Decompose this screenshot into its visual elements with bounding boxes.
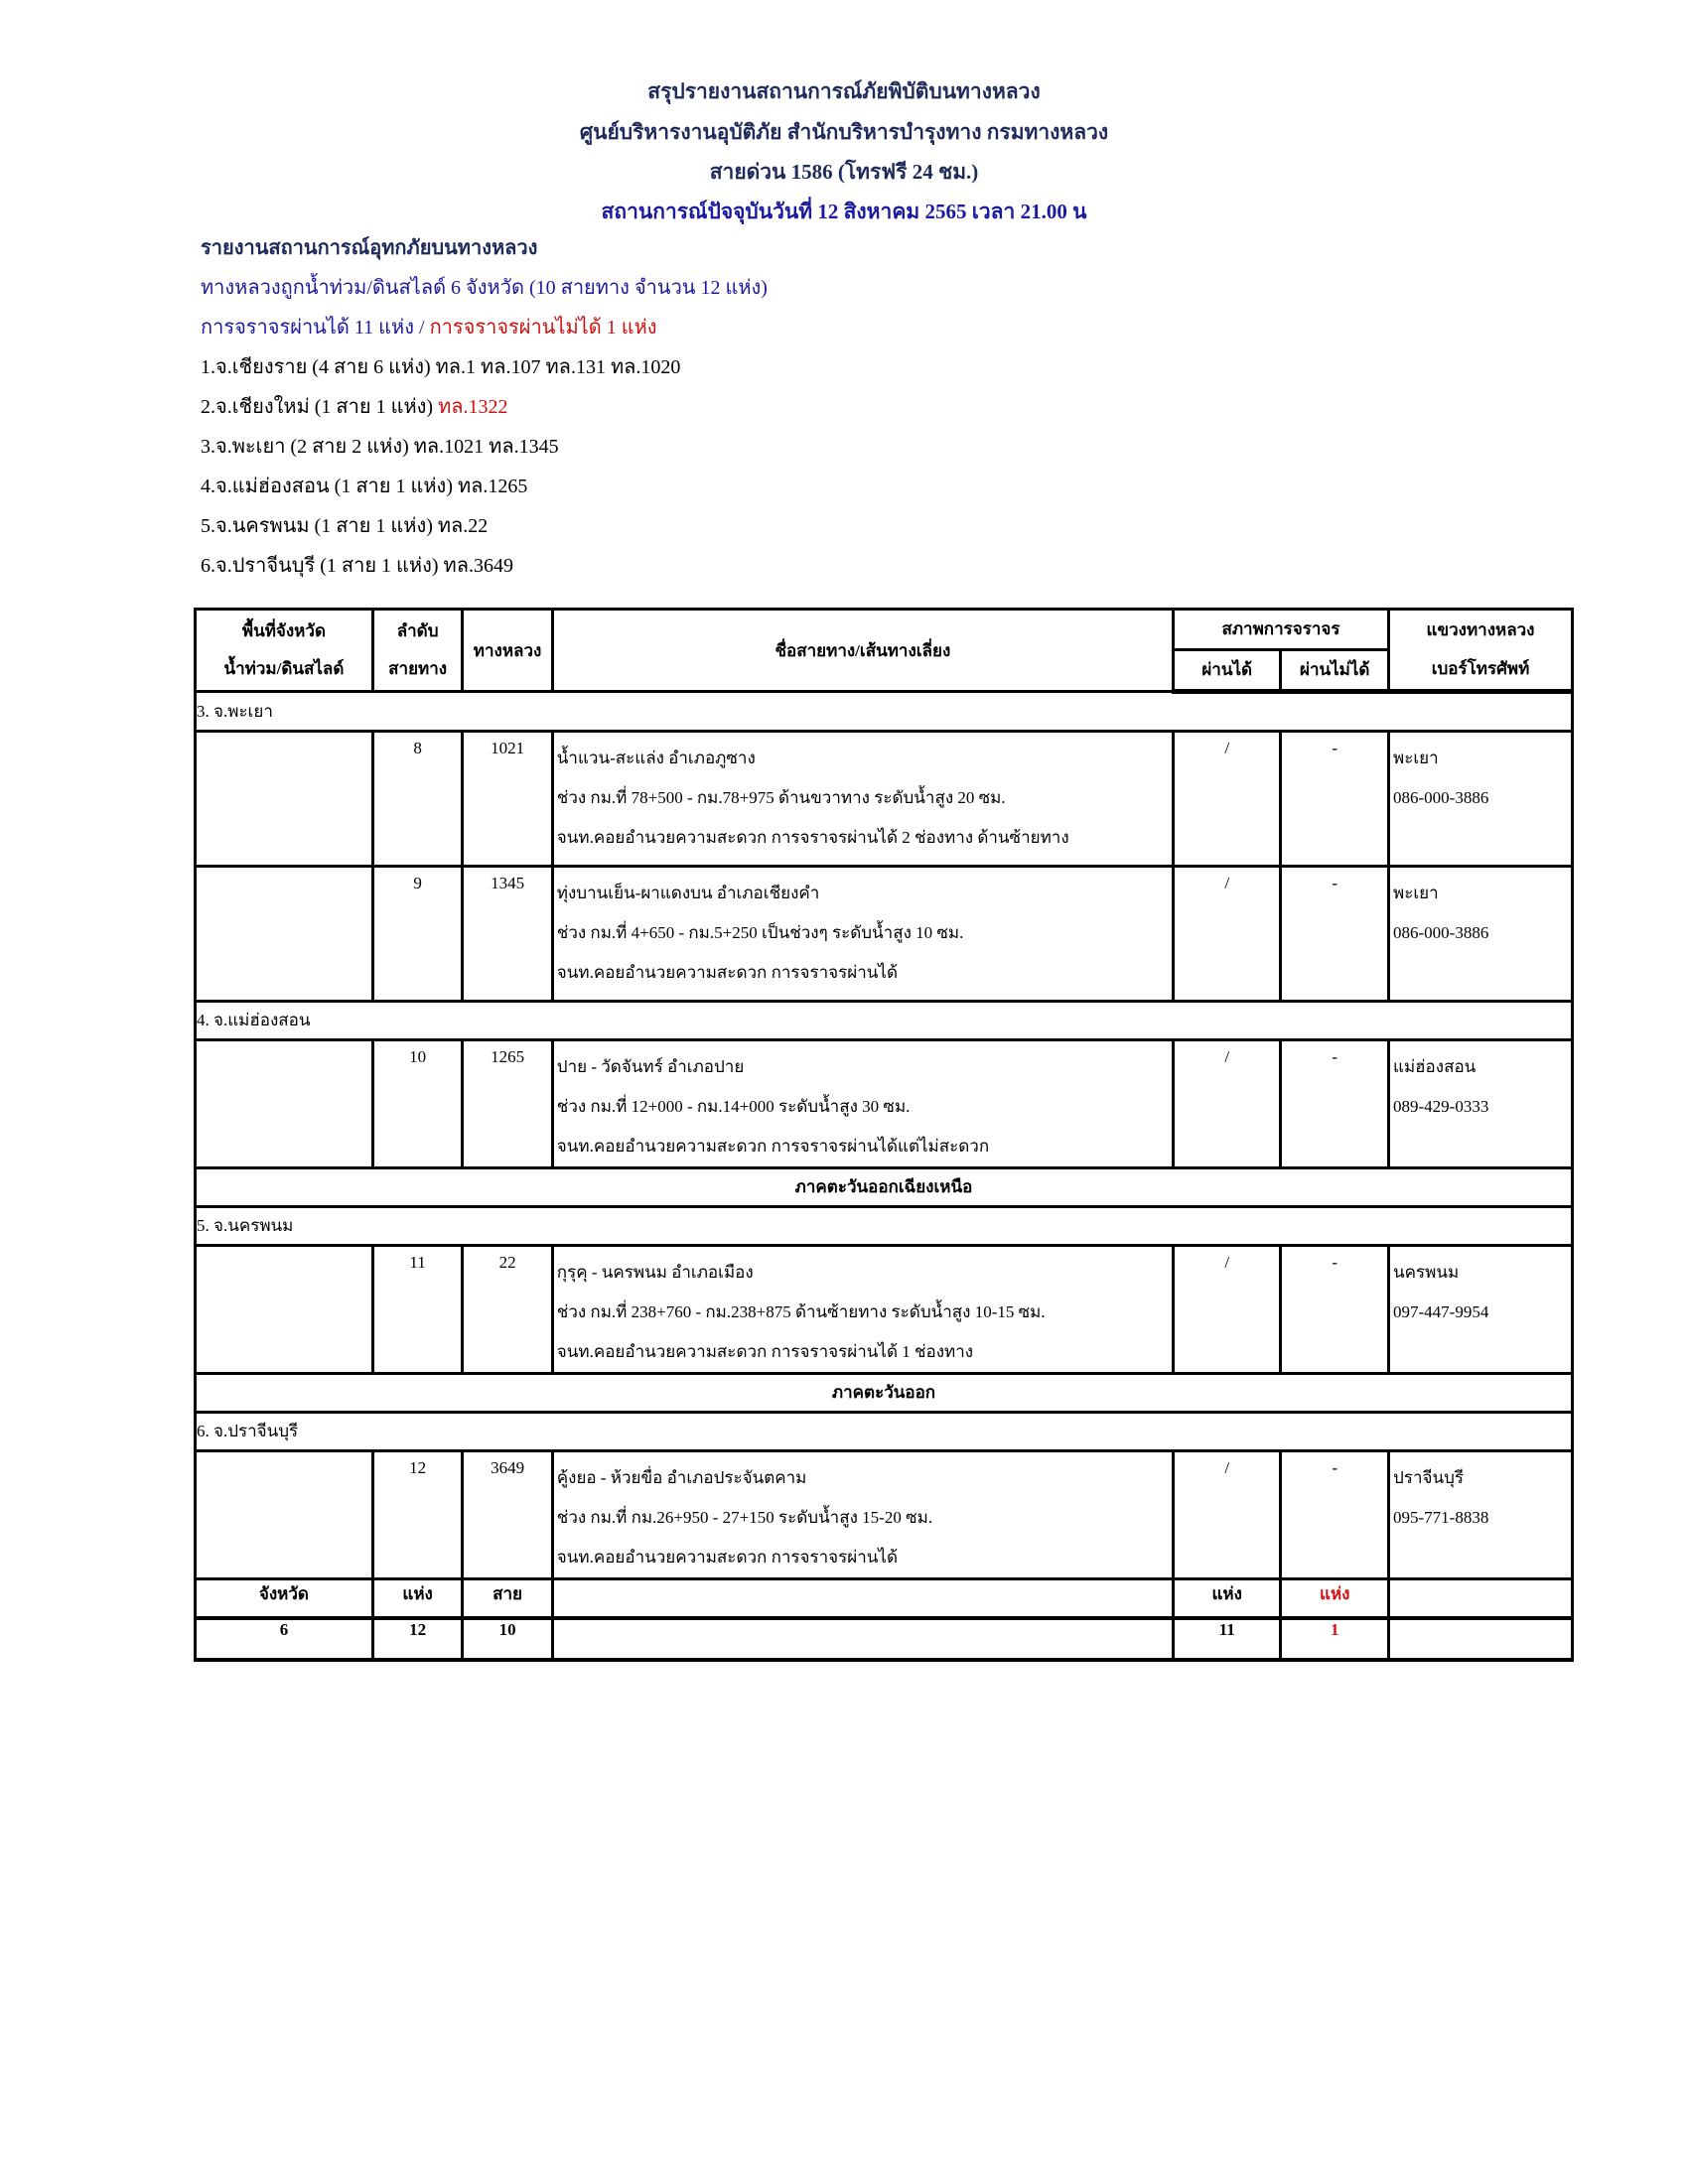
summary-affected: ทางหลวงถูกน้ำท่วม/ดินสไลด์ 6 จังหวัด (10…	[201, 268, 768, 308]
province-section-phayao: 3. จ.พะเยา	[196, 692, 1573, 732]
report-subtitle: ศูนย์บริหารงานอุบัติภัย สำนักบริหารบำรุง…	[0, 116, 1688, 149]
col-header-office: แขวงทางหลวง	[1389, 610, 1573, 650]
province-item: 5.จ.นครพนม (1 สาย 1 แห่ง) ทล.22	[201, 506, 768, 546]
report-title: สรุปรายงานสถานการณ์ภัยพิบัติบนทางหลวง	[0, 75, 1688, 108]
total-routes: 10	[463, 1618, 552, 1660]
summary-passable: การจราจรผ่านได้ 11 แห่ง /	[201, 317, 430, 339]
summary-traffic: การจราจรผ่านได้ 11 แห่ง / การจราจรผ่านไม…	[201, 308, 768, 347]
flood-report-table: พื้นที่จังหวัดน้ำท่วม/ดินสไลด์ ลำดับสายท…	[194, 608, 1574, 1662]
province-item: 2.จ.เชียงใหม่ (1 สาย 1 แห่ง) ทล.1322	[201, 387, 768, 427]
col-header-route-name: ชื่อสายทาง/เส้นทางเลี่ยง	[552, 610, 1173, 692]
table-row: 8 1021 น้ำแวน-สะแล่ง อำเภอภูซางช่วง กม.ท…	[196, 732, 1573, 867]
hotline: สายด่วน 1586 (โทรฟรี 24 ชม.)	[0, 156, 1688, 189]
table-row: 10 1265 ปาย - วัดจันทร์ อำเภอปายช่วง กม.…	[196, 1040, 1573, 1168]
totals-label-row: จังหวัด แห่ง สาย แห่ง แห่ง	[196, 1579, 1573, 1619]
total-impassable: 1	[1281, 1618, 1389, 1660]
totals-value-row: 6 12 10 11 1	[196, 1618, 1573, 1660]
total-provinces: 6	[196, 1618, 373, 1660]
table-row: 12 3649 คู้งยอ - ห้วยขื่อ อำเภอประจันตคา…	[196, 1451, 1573, 1579]
total-places: 12	[372, 1618, 462, 1660]
province-section-nakhonphanom: 5. จ.นครพนม	[196, 1207, 1573, 1246]
table-row: 9 1345 ทุ่งบานเย็น-ผาแดงบน อำเภอเชียงคำช…	[196, 867, 1573, 1002]
summary-heading: รายงานสถานการณ์อุทกภัยบนทางหลวง	[201, 228, 768, 268]
col-header-area: พื้นที่จังหวัดน้ำท่วม/ดินสไลด์	[196, 610, 373, 692]
col-header-phone: เบอร์โทรศัพท์	[1389, 650, 1573, 692]
col-header-highway: ทางหลวง	[463, 610, 552, 692]
province-section-prachinburi: 6. จ.ปราจีนบุรี	[196, 1413, 1573, 1451]
summary-impassable: การจราจรผ่านไม่ได้ 1 แห่ง	[430, 317, 657, 339]
situation-date: สถานการณ์ปัจจุบันวันที่ 12 สิงหาคม 2565 …	[0, 196, 1688, 228]
region-east: ภาคตะวันออก	[196, 1374, 1573, 1413]
col-header-impassable: ผ่านไม่ได้	[1281, 650, 1389, 692]
province-item: 1.จ.เชียงราย (4 สาย 6 แห่ง) ทล.1 ทล.107 …	[201, 347, 768, 387]
summary-section: รายงานสถานการณ์อุทกภัยบนทางหลวง ทางหลวงถ…	[201, 228, 768, 586]
province-item: 3.จ.พะเยา (2 สาย 2 แห่ง) ทล.1021 ทล.1345	[201, 427, 768, 467]
table-row: 11 22 กุรุคุ - นครพนม อำเภอเมืองช่วง กม.…	[196, 1246, 1573, 1374]
total-passable: 11	[1173, 1618, 1281, 1660]
col-header-traffic-status: สภาพการจราจร	[1173, 610, 1388, 650]
province-section-maehongson: 4. จ.แม่ฮ่องสอน	[196, 1002, 1573, 1040]
col-header-passable: ผ่านได้	[1173, 650, 1281, 692]
province-item: 6.จ.ปราจีนบุรี (1 สาย 1 แห่ง) ทล.3649	[201, 546, 768, 586]
col-header-order: ลำดับสายทาง	[372, 610, 462, 692]
province-item: 4.จ.แม่ฮ่องสอน (1 สาย 1 แห่ง) ทล.1265	[201, 467, 768, 506]
region-northeast: ภาคตะวันออกเฉียงเหนือ	[196, 1168, 1573, 1207]
